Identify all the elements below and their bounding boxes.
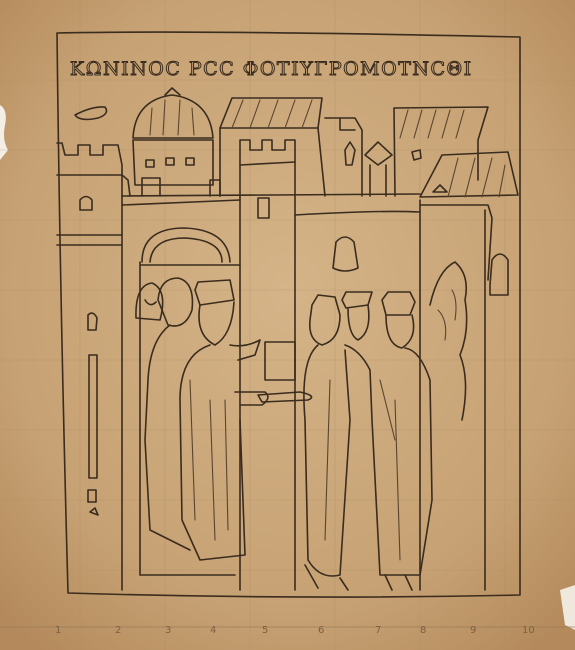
ruler-numbers: 1 2 3 4 5 6 7 8 9 10 xyxy=(0,625,575,645)
sketch-sheet: ΚΩΝΙΝΟC ΡCC ΦΟΤΙΥΓΡΟΜΟΤΝCΘΙ 1 2 3 4 5 6 … xyxy=(0,0,575,650)
ruler-number: 5 xyxy=(262,625,268,636)
ruler-number: 9 xyxy=(470,625,476,636)
ruler-number: 3 xyxy=(165,625,171,636)
ruler-number: 4 xyxy=(210,625,216,636)
sketch-drawing xyxy=(0,0,575,650)
ruler-number: 2 xyxy=(115,625,121,636)
ruler-number: 6 xyxy=(318,625,324,636)
inscription: ΚΩΝΙΝΟC ΡCC ΦΟΤΙΥΓΡΟΜΟΤΝCΘΙ xyxy=(70,58,500,80)
ruler-number: 10 xyxy=(522,625,535,636)
ruler-number: 8 xyxy=(420,625,426,636)
ruler-number: 7 xyxy=(375,625,381,636)
ruler-number: 1 xyxy=(55,625,61,636)
